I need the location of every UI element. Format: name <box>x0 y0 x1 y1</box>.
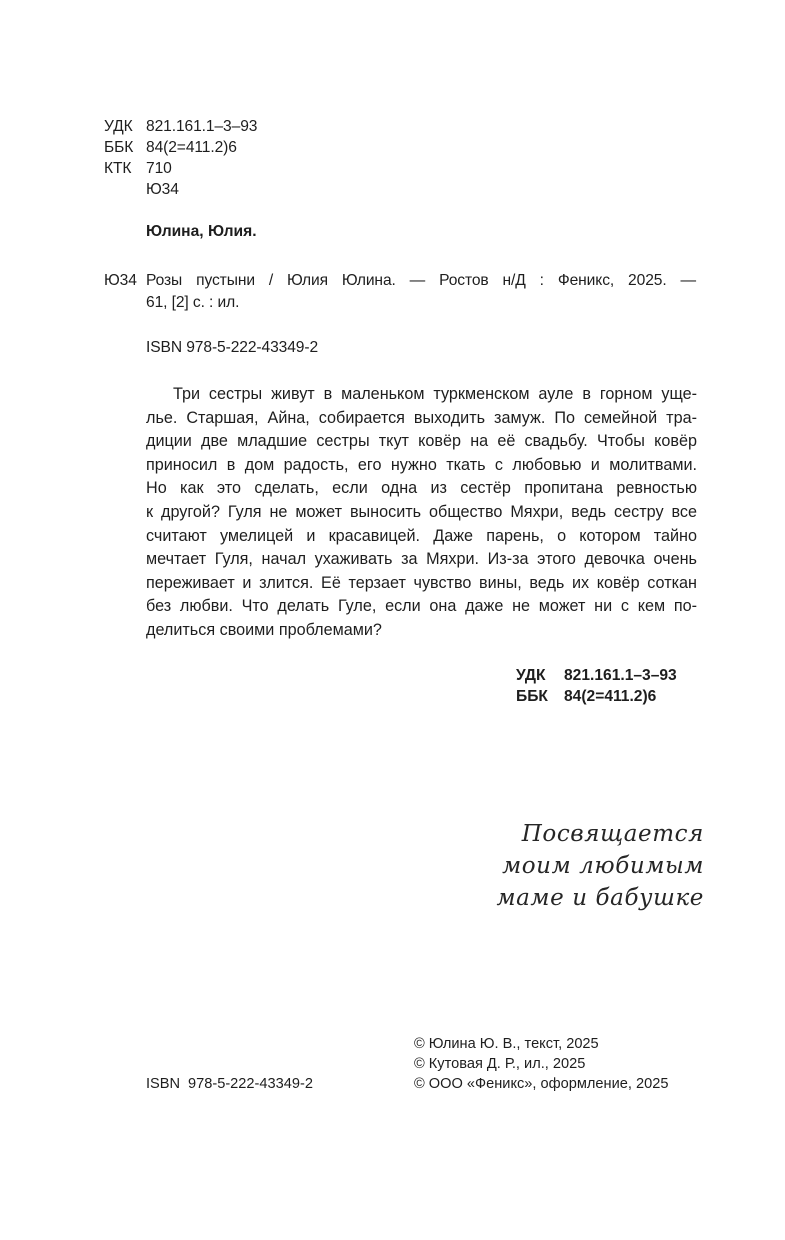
dedication: Посвящается моим любимым маме и бабушке <box>496 818 704 914</box>
annotation-line: считают умелицей и красавицей. Даже паре… <box>146 525 697 549</box>
isbn-bottom: ISBN978-5-222-43349-2 <box>146 1074 313 1094</box>
dedication-line: Посвящается <box>496 818 704 850</box>
dedication-line: моим любимым <box>496 850 704 882</box>
ktk-row: КТК710 <box>104 158 172 180</box>
bbk-value: 84(2=411.2)6 <box>146 137 237 159</box>
udk-label: УДК <box>104 116 146 138</box>
dedication-line: маме и бабушке <box>496 882 704 914</box>
bbk-row: ББК84(2=411.2)6 <box>104 137 237 159</box>
annotation-line: приносил в дом радость, его нужно ткать … <box>146 454 697 478</box>
biblio-line-1: Розы пустыни / Юлия Юлина. — Ростов н/Д … <box>146 270 696 292</box>
biblio-line-2: 61, [2] с. : ил. <box>146 292 239 314</box>
annotation-line: диции две младшие сестры ткут ковёр на е… <box>146 430 697 454</box>
annotation-line: делиться своими проблемами? <box>146 619 697 643</box>
bbk-bold-value: 84(2=411.2)6 <box>564 688 656 705</box>
ktk-label: КТК <box>104 158 146 180</box>
isbn-bottom-value: 978-5-222-43349-2 <box>188 1076 313 1092</box>
bbk-bold-label: ББК <box>516 686 564 708</box>
annotation-line: Но как это сделать, если одна из сестёр … <box>146 477 697 501</box>
annotation-line: Три сестры живут в маленьком туркменском… <box>146 383 697 407</box>
udk-value: 821.161.1–3–93 <box>146 116 257 138</box>
copyright-line: © Юлина Ю. В., текст, 2025 <box>414 1034 668 1054</box>
annotation-line: к другой? Гуля не может выносить обществ… <box>146 501 697 525</box>
copyright-line: © ООО «Феникс», оформление, 2025 <box>414 1074 668 1094</box>
annotation-line: без любви. Что делать Гуле, если она даж… <box>146 595 697 619</box>
isbn-bottom-label: ISBN <box>146 1074 188 1094</box>
author-mark: Ю34 <box>146 179 179 201</box>
annotation-line: мечтает Гуля, начал ухаживать за Мяхри. … <box>146 548 697 572</box>
biblio-record: Розы пустыни / Юлия Юлина. — Ростов н/Д … <box>146 270 696 292</box>
biblio-code: Ю34 <box>104 270 137 292</box>
author-heading: Юлина, Юлия. <box>146 221 257 243</box>
author-mark-row: Ю34 <box>104 179 179 201</box>
annotation-line: лье. Старшая, Айна, собирается выходить … <box>146 407 697 431</box>
udk-row: УДК821.161.1–3–93 <box>104 116 257 138</box>
copyright-block: © Юлина Ю. В., текст, 2025 © Кутовая Д. … <box>414 1034 668 1094</box>
annotation-line: переживает и злится. Её терзает чувство … <box>146 572 697 596</box>
udk-bold-row: УДК821.161.1–3–93 <box>516 665 677 687</box>
bbk-label: ББК <box>104 137 146 159</box>
udk-bold-value: 821.161.1–3–93 <box>564 667 677 684</box>
udk-bold-label: УДК <box>516 665 564 687</box>
bbk-bold-row: ББК84(2=411.2)6 <box>516 686 656 708</box>
annotation-paragraph: Три сестры живут в маленьком туркменском… <box>146 383 697 643</box>
isbn-record: ISBN 978-5-222-43349-2 <box>146 337 318 359</box>
copyright-line: © Кутовая Д. Р., ил., 2025 <box>414 1054 668 1074</box>
ktk-value: 710 <box>146 158 172 180</box>
